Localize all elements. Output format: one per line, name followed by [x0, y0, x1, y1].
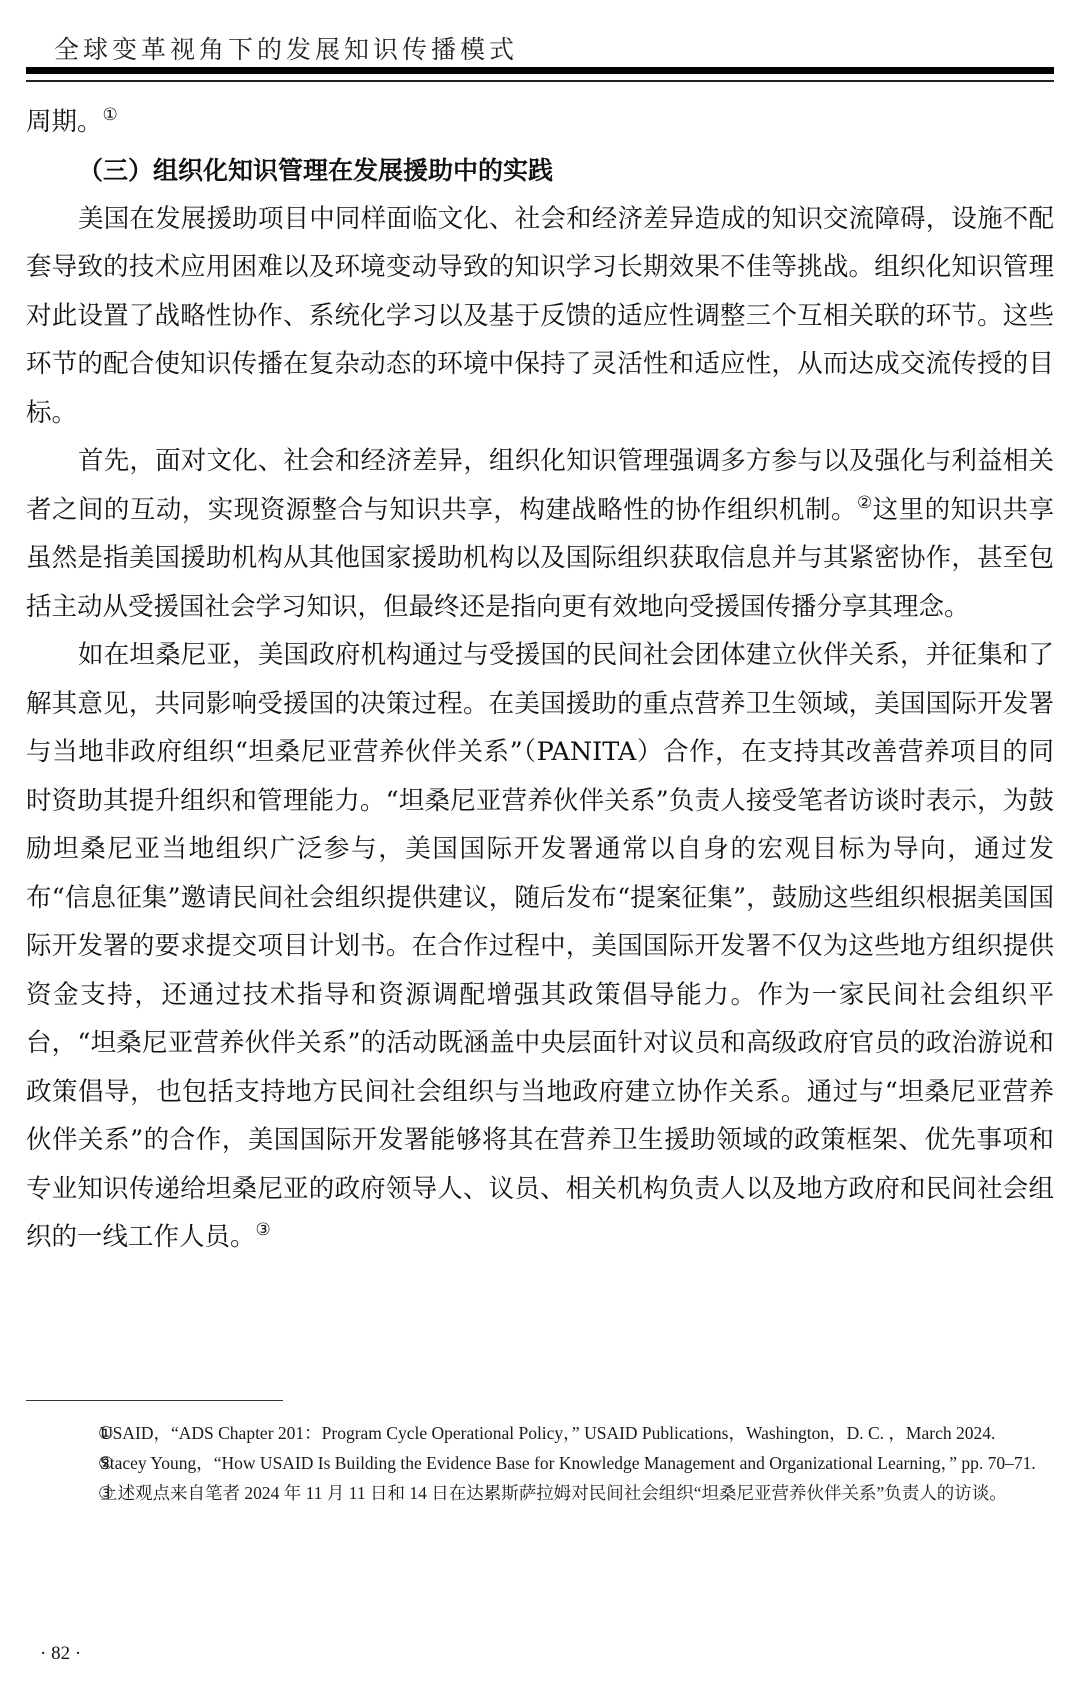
footnote-3: ③上述观点来自笔者 2024 年 11 月 11 日和 14 日在达累斯萨拉姆对… — [26, 1478, 1054, 1508]
footnote-separator — [26, 1400, 283, 1401]
main-body: 周期。① （三）组织化知识管理在发展援助中的实践 美国在发展援助项目中同样面临文… — [26, 98, 1054, 1262]
paragraph-2: 首先，面对文化、社会和经济差异，组织化知识管理强调多方参与以及强化与利益相关者之… — [26, 437, 1054, 631]
footnote-text: USAID，“ADS Chapter 201：Program Cycle Ope… — [100, 1423, 995, 1443]
section-heading: （三）组织化知识管理在发展援助中的实践 — [26, 147, 1054, 195]
footnote-text: Stacey Young，“How USAID Is Building the … — [100, 1453, 1036, 1473]
running-header-title: 全球变革视角下的发展知识传播模式 — [54, 30, 518, 66]
footnotes: ①USAID，“ADS Chapter 201：Program Cycle Op… — [26, 1418, 1054, 1508]
footnote-ref-1[interactable]: ① — [103, 105, 118, 125]
paragraph-1: 美国在发展援助项目中同样面临文化、社会和经济差异造成的知识交流障碍，设施不配套导… — [26, 195, 1054, 438]
footnote-mark: ① — [62, 1418, 100, 1448]
continuation-text: 周期。 — [26, 107, 103, 137]
footnote-2: ②Stacey Young，“How USAID Is Building the… — [26, 1448, 1054, 1478]
footnote-ref-2[interactable]: ② — [857, 493, 873, 513]
paragraph-text: 如在坦桑尼亚，美国政府机构通过与受援国的民间社会团体建立伙伴关系，并征集和了解其… — [26, 640, 1054, 1252]
page-number: · 82 · — [40, 1643, 81, 1665]
header-rule-thick — [26, 67, 1054, 74]
continuation-line: 周期。① — [26, 98, 1054, 147]
paragraph-text: 美国在发展援助项目中同样面临文化、社会和经济差异造成的知识交流障碍，设施不配套导… — [26, 204, 1054, 428]
footnote-text: 上述观点来自笔者 2024 年 11 月 11 日和 14 日在达累斯萨拉姆对民… — [100, 1483, 1007, 1503]
header-rule-thin — [26, 80, 1054, 82]
footnote-mark: ③ — [62, 1478, 100, 1508]
footnote-ref-3[interactable]: ③ — [256, 1220, 271, 1240]
paragraph-3: 如在坦桑尼亚，美国政府机构通过与受援国的民间社会团体建立伙伴关系，并征集和了解其… — [26, 631, 1054, 1262]
footnote-1: ①USAID，“ADS Chapter 201：Program Cycle Op… — [26, 1418, 1054, 1448]
footnote-mark: ② — [62, 1448, 100, 1478]
